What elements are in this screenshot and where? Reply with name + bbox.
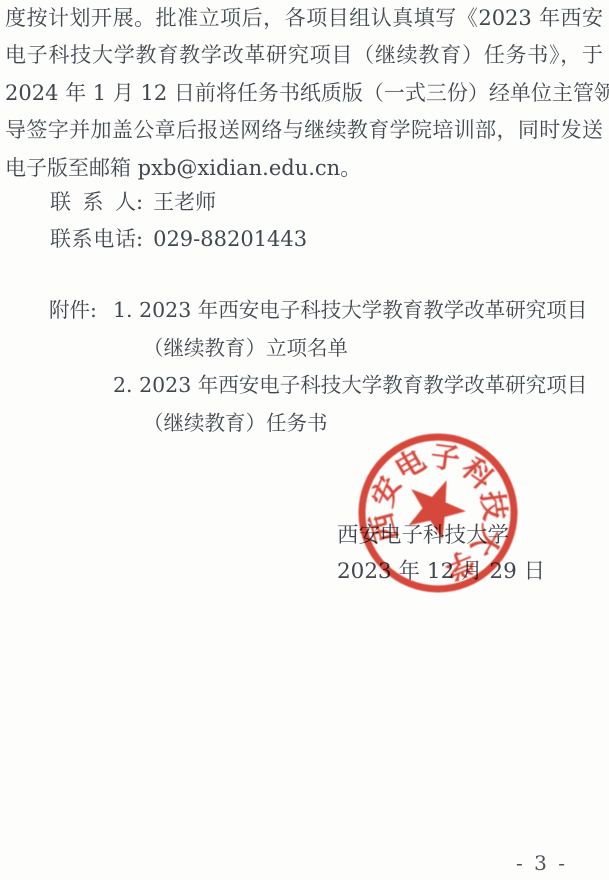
paragraph-line: 2024 年 1 月 12 日前将任务书纸质版（一式三份）经单位主管领 (5, 75, 603, 112)
seal-char: 技 (475, 489, 512, 522)
contact-person-label: 联系人 (50, 184, 136, 221)
attachment-1-title: 1. 2023 年西安电子科技大学教育教学改革研究项目 (113, 292, 587, 330)
contact-block: 联系人:王老师 联系电话:029-88201443 (50, 184, 307, 259)
attachment-1-line-1: 附件:1. 2023 年西安电子科技大学教育教学改革研究项目 (49, 292, 587, 330)
contact-phone-value: 029-88201443 (153, 227, 307, 251)
paragraph-line: 电子科技大学教育教学改革研究项目（继续教育）任务书》，于 (5, 37, 603, 74)
seal-star-icon (409, 480, 466, 539)
body-paragraph: 度按计划开展。批准立项后，各项目组认真填写《2023 年西安 电子科技大学教育教… (5, 0, 603, 187)
contact-phone-colon: : (136, 221, 143, 258)
paragraph-line: 度按计划开展。批准立项后，各项目组认真填写《2023 年西安 (5, 0, 603, 37)
document-page: 度按计划开展。批准立项后，各项目组认真填写《2023 年西安 电子科技大学教育教… (0, 0, 609, 880)
page-number: - 3 - (516, 851, 567, 875)
contact-phone-label: 联系电话 (50, 221, 136, 258)
seal-char: 子 (429, 441, 462, 477)
contact-person-line: 联系人:王老师 (50, 184, 307, 221)
contact-phone-line: 联系电话:029-88201443 (50, 221, 307, 258)
contact-person-colon: : (136, 184, 143, 221)
contact-person-value: 王老师 (153, 190, 216, 214)
attachments-block: 附件:1. 2023 年西安电子科技大学教育教学改革研究项目 （继续教育）立项名… (49, 292, 587, 442)
attachment-2-line-1: 2. 2023 年西安电子科技大学教育教学改革研究项目 (113, 367, 587, 405)
attachments-label: 附件: (49, 292, 97, 330)
official-seal: 西安电子科技大学 (348, 423, 528, 603)
attachment-1-line-2: （继续教育）立项名单 (143, 330, 587, 368)
paragraph-line-email: 电子版至邮箱 pxb@xidian.edu.cn。 (5, 150, 603, 187)
paragraph-line: 导签字并加盖公章后报送网络与继续教育学院培训部，同时发送 (5, 112, 603, 149)
